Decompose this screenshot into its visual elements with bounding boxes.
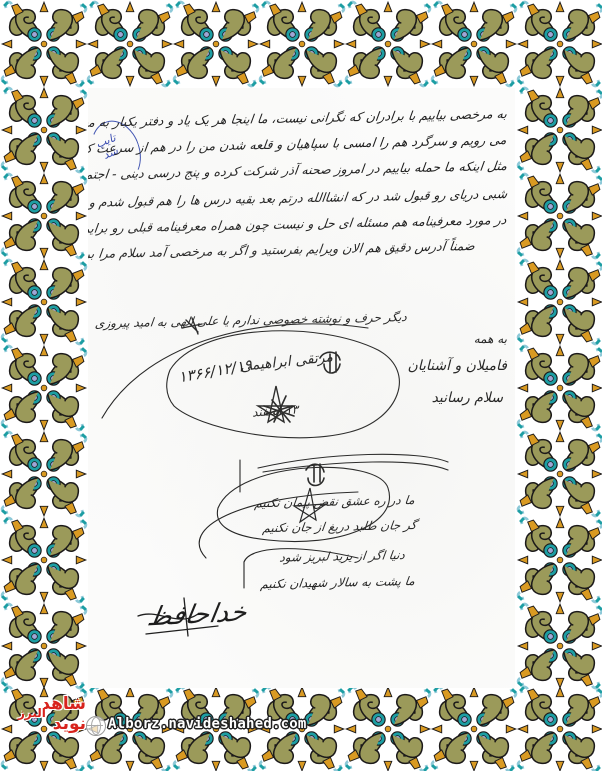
poem-line: گر جان طلبد دریغ از جان نکنیم bbox=[262, 518, 418, 535]
scanned-letter-page: تایپ شد به مرخصی بیاییم با برادران که نگ… bbox=[88, 88, 515, 688]
globe-icon bbox=[86, 716, 106, 736]
signature-extra: ۱۳ اسفند bbox=[252, 402, 299, 419]
poem-line: ما در ره عشق نقض پیمان نکنیم bbox=[254, 493, 416, 510]
side-note-line: سلام رسانید bbox=[432, 390, 503, 406]
signature-date: ۱۳۶۶/۱۲/۱۹ bbox=[177, 356, 254, 387]
farewell-signature: خداحافظ bbox=[145, 597, 249, 632]
letter-line: به مرخصی بیاییم با برادران که نگرانی نیس… bbox=[88, 106, 508, 131]
poem-line: دنیا اگر از یزید لبریز شود bbox=[279, 548, 406, 565]
closing-line: دیگر حرف و نوشته خصوصی ندارم یا علی الهی… bbox=[94, 310, 407, 331]
letter-line: ضمناً آدرس دقیق هم الان ویرایم بفرستید و… bbox=[88, 238, 476, 262]
letter-line: می رویم و سرگرد هم را امسی با سپاهیان و … bbox=[88, 132, 508, 158]
letter-line: شبی دریای رو قبول شد در که انشاالله درتم… bbox=[88, 186, 508, 212]
watermark-url: Alborz.navideshahed.com bbox=[108, 716, 306, 732]
side-note-line: به همه bbox=[474, 332, 507, 346]
poem-line: ما پشت به سالار شهیدان نکنیم bbox=[260, 574, 416, 591]
letter-line: مثل اینکه ما حمله بیاییم در امروز صحنه آ… bbox=[88, 158, 508, 183]
navideshahed-logo: شاهد نوید البرز bbox=[28, 694, 86, 752]
side-note-line: فامیلان و آشنایان bbox=[407, 358, 507, 374]
letter-line: در مورد معرفینامه هم مسئله ای حل و نیست … bbox=[88, 212, 508, 237]
